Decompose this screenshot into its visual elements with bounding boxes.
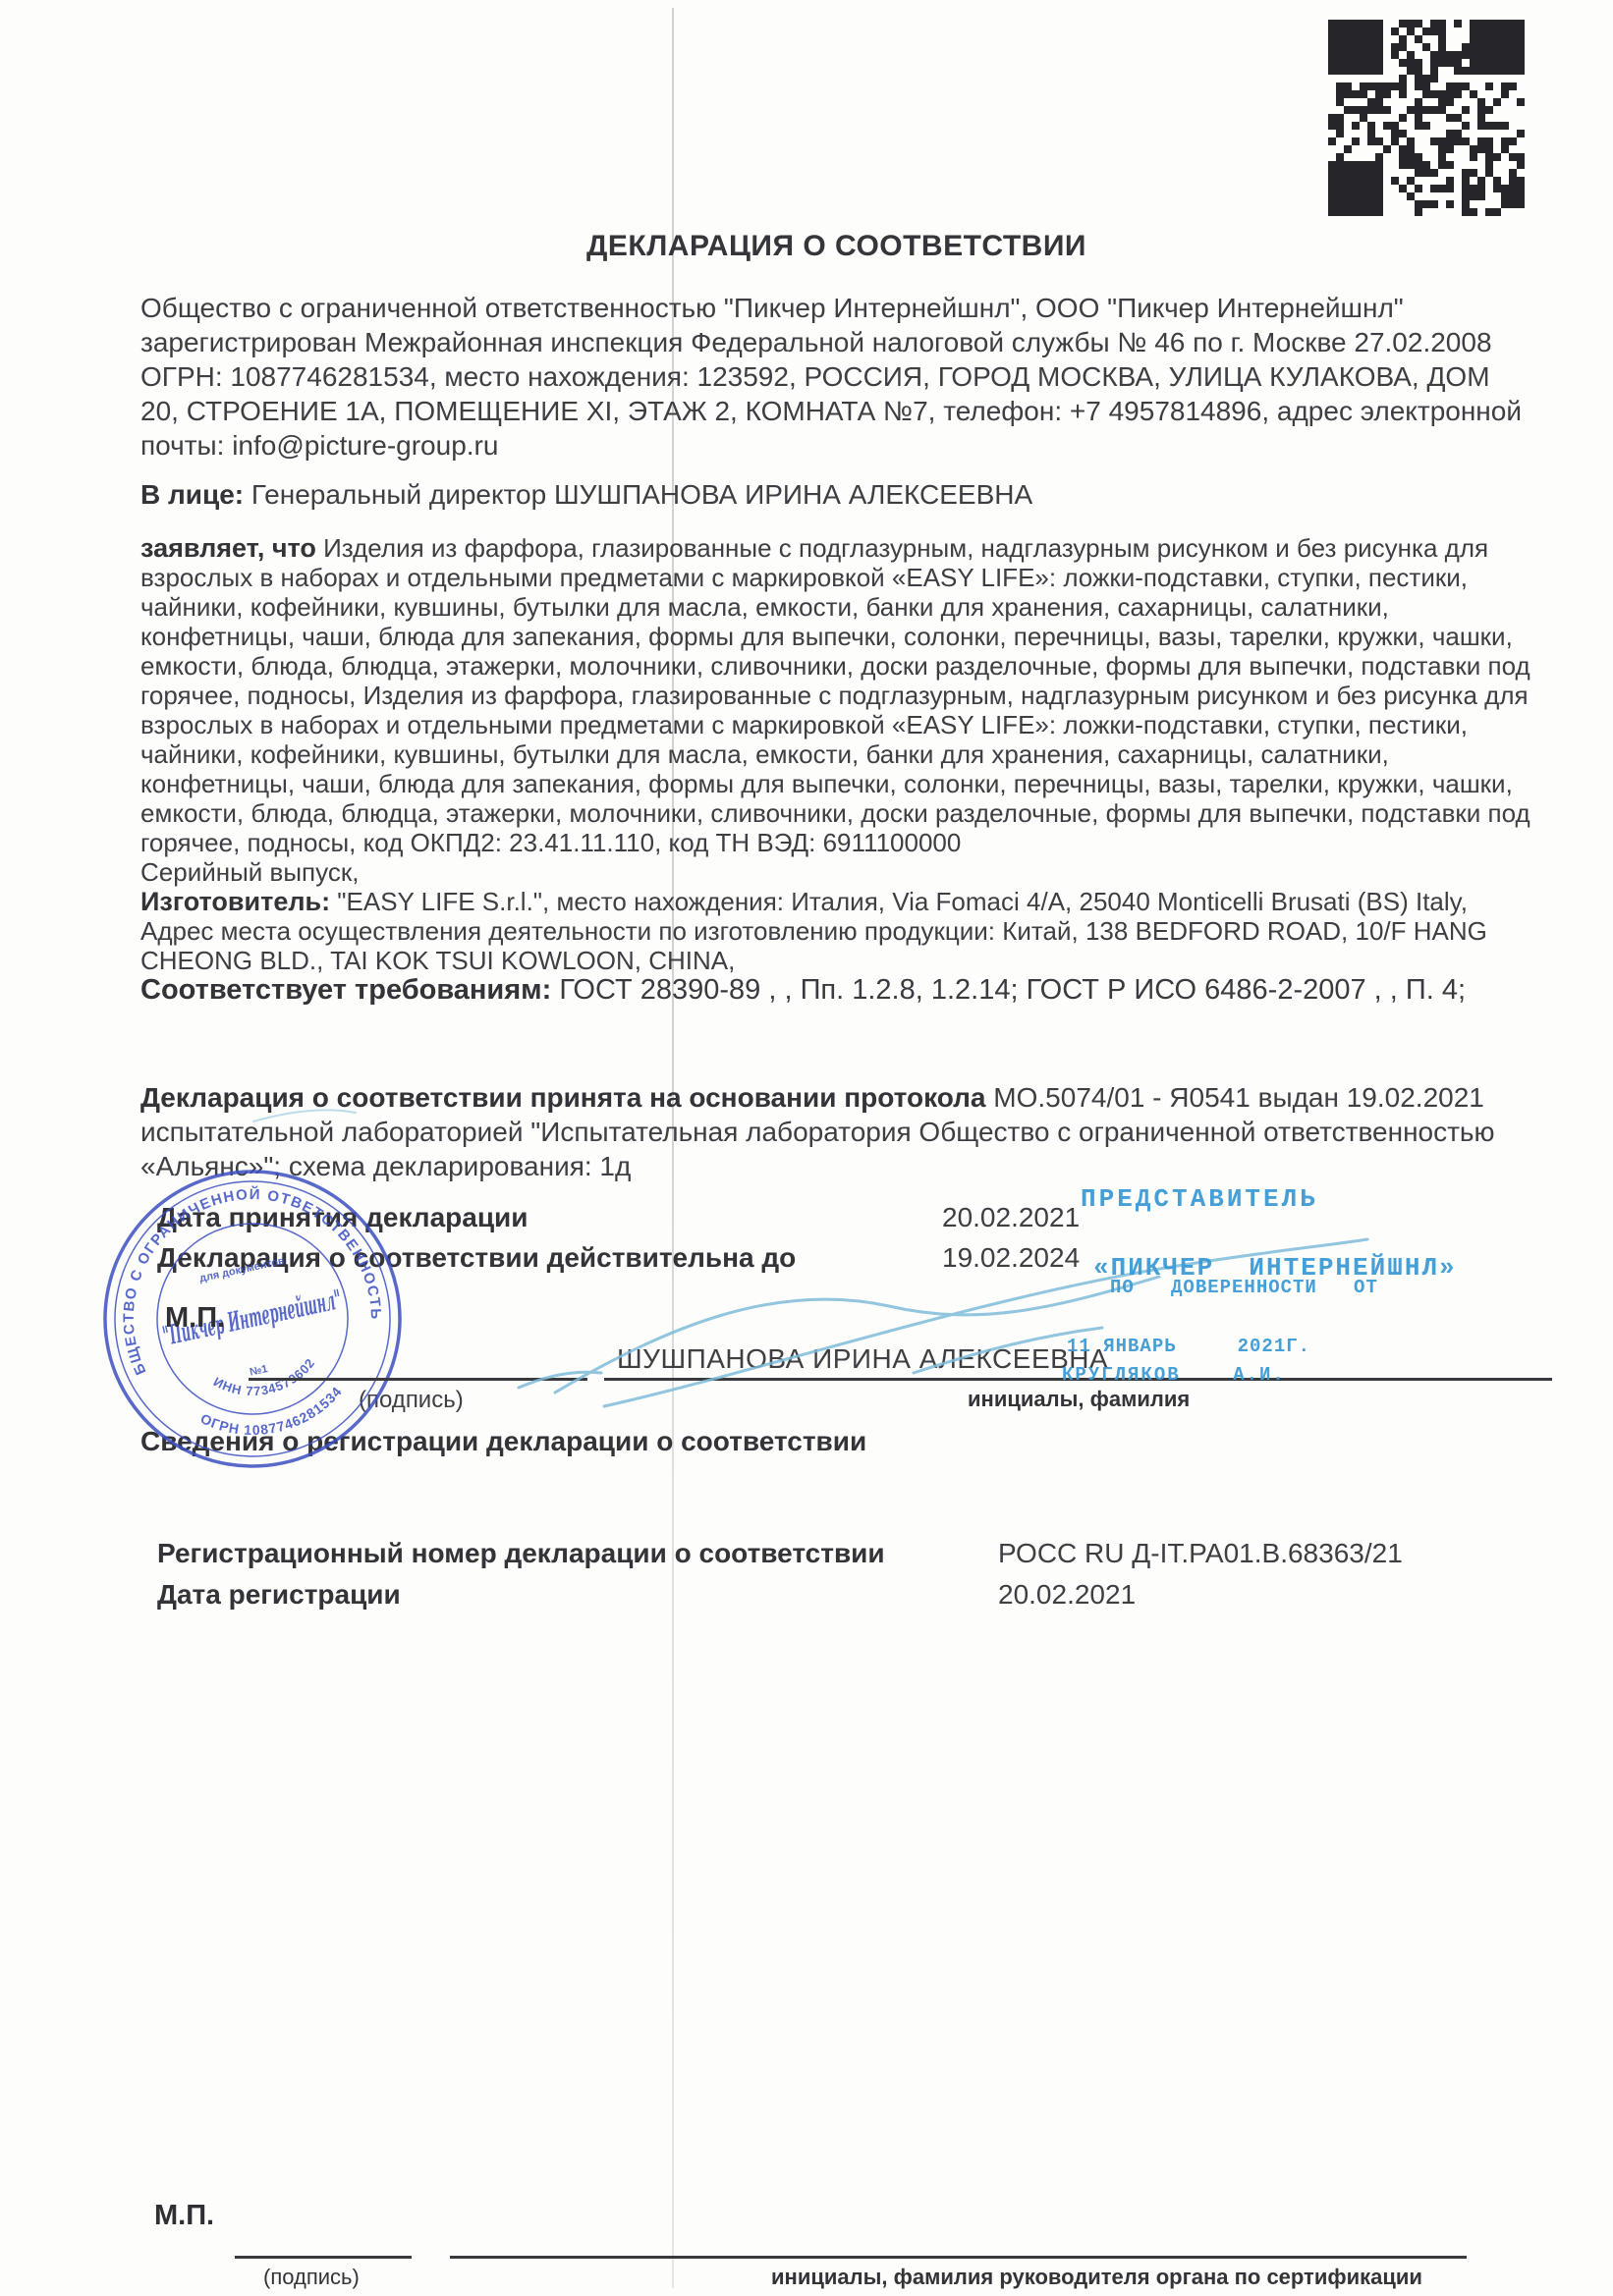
round-stamp-number-text: №1 [249,1363,268,1379]
in-person-line: В лице: Генеральный директор ШУШПАНОВА И… [140,477,1532,512]
mp-mark: М.П. [165,1302,225,1335]
footer-signature-line [235,2256,412,2259]
reg-number-value: РОСС RU Д-IT.РА01.В.68363/21 [998,1538,1403,1569]
footer-initials-label: инициалы, фамилия руководителя органа по… [771,2265,1422,2290]
declares-label: заявляет, что [140,533,316,563]
footer-mp-mark: М.П. [154,2200,214,2232]
adoption-date-value: 20.02.2021 [942,1202,1080,1233]
manufacturer-paragraph: Изготовитель: "EASY LIFE S.r.l.", место … [140,887,1532,975]
in-person-label: В лице: [140,479,244,510]
representative-stamp-line4: 11 ЯНВАРЬ 2021Г. [1067,1336,1310,1357]
manufacturer-label: Изготовитель: [140,887,330,916]
basis-label: Декларация о соответствии принята на осн… [140,1082,986,1113]
signatory-name: ШУШПАНОВА ИРИНА АЛЕКСЕЕВНА [617,1343,1108,1375]
valid-until-value: 19.02.2024 [942,1242,1080,1274]
footer-initials-line [450,2256,1467,2259]
signature-line [249,1378,587,1381]
round-stamp-small-text: для документов [198,1255,286,1285]
company-round-stamp: ОБЩЕСТВО С ОГРАНИЧЕННОЙ ОТВЕТСТВЕННОСТЬЮ… [90,1157,415,1481]
reg-number-label: Регистрационный номер декларации о соотв… [157,1538,885,1569]
document-title: ДЕКЛАРАЦИЯ О СООТВЕТСТВИИ [140,230,1532,263]
reg-date-label: Дата регистрации [157,1579,401,1611]
representative-stamp-line3: ПО ДОВЕРЕННОСТИ ОТ [1110,1277,1378,1298]
applicant-paragraph: Общество с ограниченной ответственностью… [140,291,1532,463]
reg-date-value: 20.02.2021 [998,1579,1136,1611]
footer-podpis-label: (подпись) [263,2265,360,2290]
representative-stamp-line1: ПРЕДСТАВИТЕЛЬ [1081,1184,1318,1214]
product-block: заявляет, что Изделия из фарфора, глазир… [140,533,1532,975]
declaration-document-page: ДЕКЛАРАЦИЯ О СООТВЕТСТВИИ Общество с огр… [0,0,1613,2296]
compliance-paragraph: Соответствует требованиям: ГОСТ 28390-89… [140,972,1532,1008]
serial-line: Серийный выпуск, [140,857,1532,887]
representative-stamp-line5: КРУГЛЯКОВ А.И. [1062,1364,1286,1386]
declares-paragraph: заявляет, что Изделия из фарфора, глазир… [140,533,1532,857]
initials-label: инициалы, фамилия [968,1387,1190,1412]
qr-code [1328,20,1525,216]
compliance-label: Соответствует требованиям: [140,974,551,1006]
